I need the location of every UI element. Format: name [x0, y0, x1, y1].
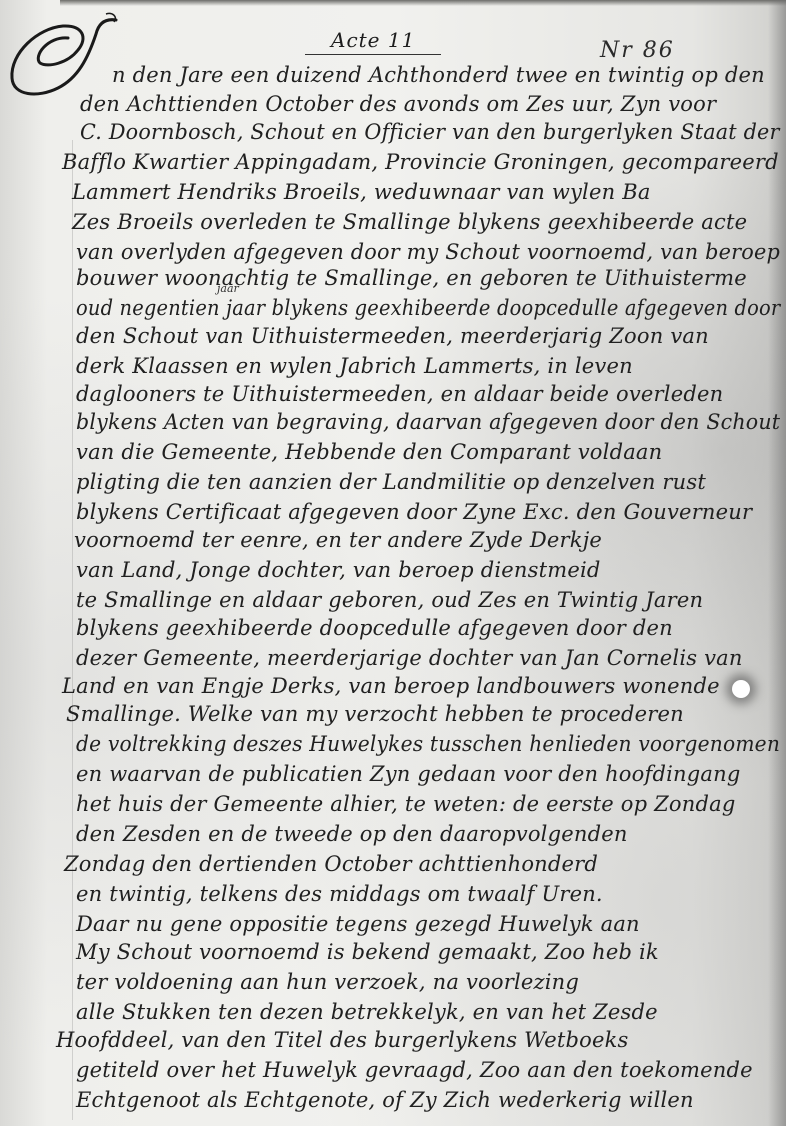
text-line-25: en waarvan de publicatien Zyn gedaan voo… [76, 762, 740, 786]
text-line-8: bouwer woonachtig te Smallinge, en gebor… [76, 266, 747, 290]
text-line-23: Smallinge. Welke van my verzocht hebben … [66, 702, 684, 726]
text-line-17: voornoemd ter eenre, en ter andere Zyde … [74, 528, 602, 552]
text-line-22: Land en van Engje Derks, van beroep land… [62, 674, 720, 698]
text-line-29: en twintig, telkens des middags om twaal… [76, 882, 603, 906]
text-line-30: Daar nu gene oppositie tegens gezegd Huw… [76, 912, 640, 936]
text-line-28: Zondag den dertienden October achttienho… [64, 852, 598, 876]
text-line-11: derk Klaassen en wylen Jabrich Lammerts,… [76, 354, 633, 378]
text-line-5: Lammert Hendriks Broeils, weduwnaar van … [72, 180, 651, 204]
text-line-9: oud negentien jaar blykens geexhibeerde … [76, 296, 780, 320]
text-line-12: daglooners te Uithuistermeeden, en aldaa… [76, 382, 723, 406]
record-number: Nr 86 [600, 38, 675, 63]
text-line-27: den Zesden en de tweede op den daaropvol… [76, 822, 628, 846]
text-line-6: Zes Broeils overleden te Smallinge blyke… [72, 210, 747, 234]
text-line-7: van overlyden afgegeven door my Schout v… [76, 240, 780, 264]
paper-hole [732, 680, 750, 698]
text-line-36: Echtgenoot als Echtgenote, of Zy Zich we… [76, 1088, 694, 1112]
text-line-13: blykens Acten van begraving, daarvan afg… [76, 410, 780, 434]
text-line-21: dezer Gemeente, meerderjarige dochter va… [76, 646, 743, 670]
text-line-26: het huis der Gemeente alhier, te weten: … [76, 792, 735, 816]
acte-title: Acte 11 [305, 28, 441, 55]
text-line-15: pligting die ten aanzien der Landmilitie… [76, 470, 706, 494]
text-line-4: Bafflo Kwartier Appingadam, Provincie Gr… [62, 150, 779, 174]
text-line-24: de voltrekking deszes Huwelykes tusschen… [76, 732, 780, 756]
text-line-16: blykens Certificaat afgegeven door Zyne … [76, 500, 752, 524]
text-line-33: alle Stukken ten dezen betrekkelyk, en v… [76, 1000, 658, 1024]
text-line-31: My Schout voornoemd is bekend gemaakt, Z… [76, 940, 659, 964]
text-line-19: te Smallinge en aldaar geboren, oud Zes … [76, 588, 703, 612]
interlinear-insertion: jaar [217, 282, 239, 295]
scanned-document-page: Acte 11 Nr 86 n den Jare een duizend Ach… [0, 0, 786, 1126]
text-line-34: Hoofddeel, van den Titel des burgerlyken… [56, 1028, 629, 1052]
text-line-10: den Schout van Uithuistermeeden, meerder… [76, 324, 709, 348]
text-line-1: n den Jare een duizend Achthonderd twee … [112, 63, 765, 87]
scan-top-edge-shadow [60, 0, 786, 6]
text-line-2: den Achttienden October des avonds om Ze… [80, 92, 716, 116]
text-line-35: getiteld over het Huwelyk gevraagd, Zoo … [76, 1058, 753, 1082]
text-line-32: ter voldoening aan hun verzoek, na voorl… [76, 970, 579, 994]
left-margin-fold [72, 140, 73, 1120]
text-line-3: C. Doornbosch, Schout en Officier van de… [80, 120, 780, 144]
text-line-18: van Land, Jonge dochter, van beroep dien… [76, 558, 601, 582]
decorative-initial-letter-icon [8, 8, 118, 98]
text-line-14: van die Gemeente, Hebbende den Comparant… [76, 440, 662, 464]
text-line-20: blykens geexhibeerde doopcedulle afgegev… [76, 616, 673, 640]
